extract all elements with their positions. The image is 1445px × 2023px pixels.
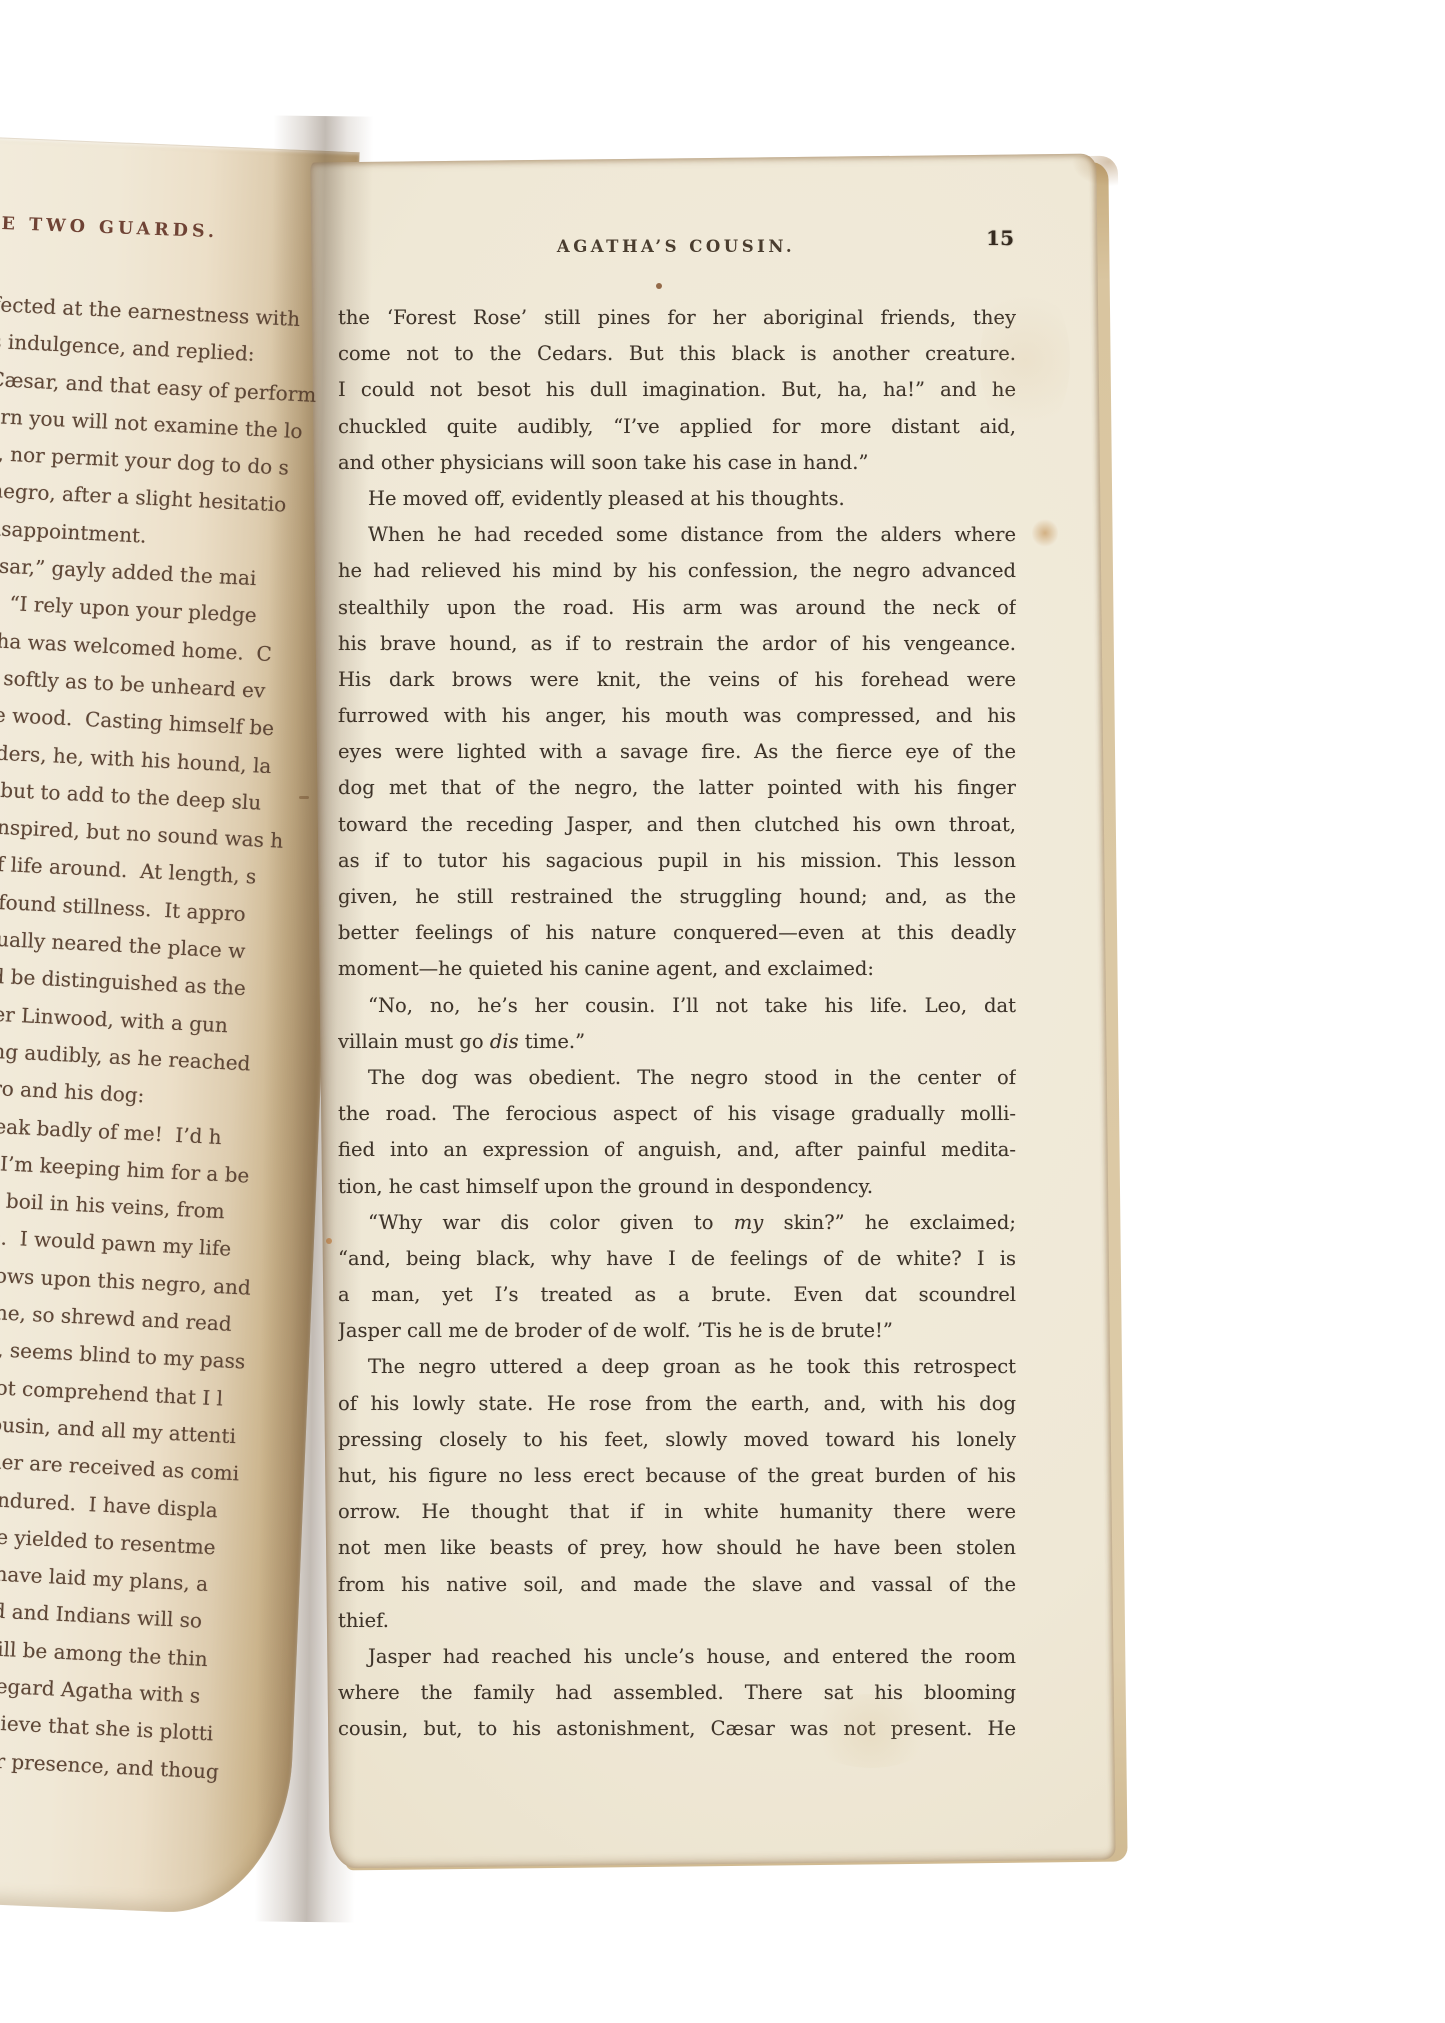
- ink-speck: [656, 283, 662, 289]
- text-line-right: toward the receding Jasper, and then clu…: [338, 807, 1016, 843]
- text-line-right: better feelings of his nature conquered—…: [338, 915, 1016, 951]
- page-number: 15: [338, 226, 1014, 250]
- text-line-right: The dog was obedient. The negro stood in…: [338, 1060, 1016, 1096]
- text-line-right: of his lowly state. He rose from the ear…: [338, 1386, 1016, 1422]
- text-line-right: “and, being black, why have I de feeling…: [338, 1241, 1016, 1277]
- text-line-right: pressing closely to his feet, slowly mov…: [338, 1422, 1016, 1458]
- text-line-right: “No, no, he’s her cousin. I’ll not take …: [338, 988, 1016, 1024]
- text-line-right: His dark brows were knit, the veins of h…: [338, 662, 1016, 698]
- text-line-right: from his native soil, and made the slave…: [338, 1567, 1016, 1603]
- text-line-right: and other physicians will soon take his …: [338, 445, 1016, 481]
- right-page-lines: the ‘Forest Rose’ still pines for her ab…: [338, 300, 1016, 1748]
- text-line-right: Jasper had reached his uncle’s house, an…: [338, 1639, 1016, 1675]
- text-line-right: He moved off, evidently pleased at his t…: [338, 481, 1016, 517]
- foxing-stain: [980, 280, 1070, 440]
- text-line-right: come not to the Cedars. But this black i…: [338, 336, 1016, 372]
- text-line-right: I could not besot his dull imagination. …: [338, 372, 1016, 408]
- text-line-right: moment—he quieted his canine agent, and …: [338, 951, 1016, 987]
- text-line-right: not men like beasts of prey, how should …: [338, 1530, 1016, 1566]
- text-line-right: chuckled quite audibly, “I’ve applied fo…: [338, 409, 1016, 445]
- text-line-right: as if to tutor his sagacious pupil in hi…: [338, 843, 1016, 879]
- text-line-right: the ‘Forest Rose’ still pines for her ab…: [338, 300, 1016, 336]
- foxing-stain: [806, 1694, 936, 1768]
- text-line-right: stealthily upon the road. His arm was ar…: [338, 590, 1016, 626]
- foxing-spot: [326, 1238, 332, 1244]
- foxing-spot: [1032, 518, 1058, 548]
- text-line-right: a man, yet I’s treated as a brute. Even …: [338, 1277, 1016, 1313]
- text-line-right: orrow. He thought that if in white human…: [338, 1494, 1016, 1530]
- text-line-right: thief.: [338, 1603, 1016, 1639]
- text-line-right: his brave hound, as if to restrain the a…: [338, 626, 1016, 662]
- page-corner-toning: [1058, 156, 1118, 197]
- text-line-right: given, he still restrained the strugglin…: [338, 879, 1016, 915]
- text-line-right: The negro uttered a deep groan as he too…: [338, 1349, 1016, 1385]
- text-line-right: fied into an expression of anguish, and,…: [338, 1132, 1016, 1168]
- text-line-right: Jasper call me de broder of de wolf. ’Ti…: [338, 1313, 1016, 1349]
- text-line-right: furrowed with his anger, his mouth was c…: [338, 698, 1016, 734]
- text-line-right: villain must go dis time.”: [338, 1024, 1016, 1060]
- text-line-right: the road. The ferocious aspect of his vi…: [338, 1096, 1016, 1132]
- text-line-right: dog met that of the negro, the latter po…: [338, 770, 1016, 806]
- photo-background: E TWO GUARDS. fected at the earnestness …: [0, 0, 1445, 2023]
- text-line-right: he had relieved his mind by his confessi…: [338, 553, 1016, 589]
- ink-speck: [299, 796, 309, 799]
- text-line-right: hut, his figure no less erect because of…: [338, 1458, 1016, 1494]
- text-line-right: “Why war dis color given to my skin?” he…: [338, 1205, 1016, 1241]
- text-line-right: When he had receded some distance from t…: [338, 517, 1016, 553]
- text-line-right: eyes were lighted with a savage fire. As…: [338, 734, 1016, 770]
- text-line-right: tion, he cast himself upon the ground in…: [338, 1169, 1016, 1205]
